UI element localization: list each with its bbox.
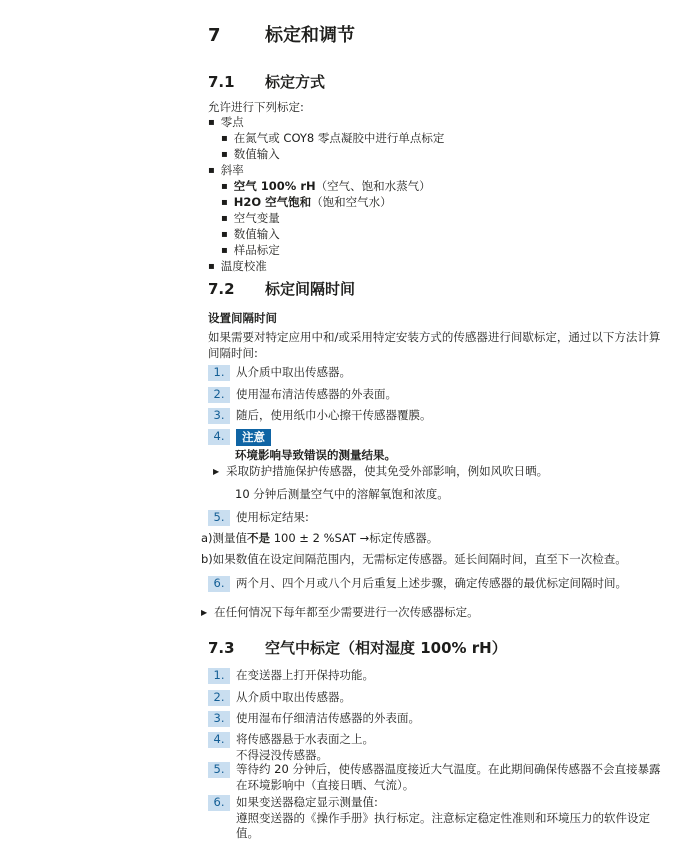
step-number-badge: 4.: [208, 429, 230, 445]
section-number: 7.3: [208, 640, 265, 657]
result-line-b: b)如果数值在设定间隔范围内，无需标定传感器。延长间隔时间，直至下一次检查。: [201, 552, 627, 567]
step-number-badge: 6.: [208, 576, 230, 592]
notice-action: 采取防护措施保护传感器，使其免受外部影响，例如风吹日晒。: [213, 464, 548, 480]
list-item: H2O 空气饱和（饱和空气水）: [221, 195, 444, 211]
step-row: 3.随后，使用纸巾小心擦干传感器覆膜。: [208, 408, 664, 424]
chapter-heading: 7标定和调节: [208, 26, 355, 46]
step-number-badge: 5.: [208, 510, 230, 526]
list-item: 数值输入: [221, 227, 444, 243]
section-7-1-intro: 允许进行下列标定:: [208, 100, 304, 115]
manual-page: 7标定和调节 7.1标定方式 允许进行下列标定: 零点 在氮气或 COY8 零点…: [0, 0, 687, 855]
step-number-badge: 5.: [208, 762, 230, 778]
step-number-badge: 2.: [208, 387, 230, 403]
bullet-icon: [221, 131, 234, 145]
step-text: 两个月、四个月或八个月后重复上述步骤，确定传感器的最优标定间隔时间。: [236, 576, 664, 592]
bullet-icon: [208, 259, 221, 273]
step-number-badge: 1.: [208, 668, 230, 684]
step-number-badge: 1.: [208, 365, 230, 381]
list-item: 样品标定: [221, 243, 444, 259]
step-number-badge: 6.: [208, 795, 230, 811]
notice-badge: 注意: [236, 429, 271, 446]
step-subtext: 不得浸没传感器。: [236, 748, 664, 764]
section-heading-7-2: 7.2标定间隔时间: [208, 281, 355, 298]
action-arrow-icon: [213, 464, 226, 478]
chapter-number: 7: [208, 26, 265, 46]
list-item: 空气 100% rH（空气、饱和水蒸气）: [221, 179, 444, 195]
list-item: 斜率: [208, 163, 444, 179]
bullet-icon: [221, 179, 234, 193]
subheading-set-interval: 设置间隔时间: [208, 311, 277, 326]
step-subtext: 遵照变送器的《操作手册》执行标定。注意标定稳定性准则和环境压力的软件设定值。: [236, 811, 664, 842]
bullet-icon: [221, 211, 234, 225]
step-text: 使用湿布清洁传感器的外表面。: [236, 387, 664, 403]
step-text: 随后，使用纸巾小心擦干传感器覆膜。: [236, 408, 664, 424]
section-title: 空气中标定（相对湿度 100% rH）: [265, 639, 507, 657]
step-row: 2.从介质中取出传感器。: [208, 690, 664, 706]
chapter-title: 标定和调节: [265, 25, 355, 46]
list-item: 在氮气或 COY8 零点凝胶中进行单点标定: [221, 131, 444, 147]
step-text: 如果变送器稳定显示测量值:遵照变送器的《操作手册》执行标定。注意标定稳定性准则和…: [236, 795, 664, 842]
after-notice-paragraph: 10 分钟后测量空气中的溶解氧饱和浓度。: [235, 487, 449, 502]
bullet-icon: [221, 195, 234, 209]
step-row: 5.使用标定结果:: [208, 510, 664, 526]
section-number: 7.2: [208, 281, 265, 298]
bullet-icon: [208, 115, 221, 129]
step-row: 1.从介质中取出传感器。: [208, 365, 664, 381]
section-title: 标定方式: [265, 73, 325, 91]
bullet-icon: [221, 227, 234, 241]
interval-paragraph: 如果需要对特定应用中和/或采用特定安装方式的传感器进行间歇标定，通过以下方法计算…: [208, 329, 664, 361]
list-item: 温度校准: [208, 259, 444, 275]
step-text: 从介质中取出传感器。: [236, 690, 664, 706]
section-heading-7-3: 7.3空气中标定（相对湿度 100% rH）: [208, 640, 507, 657]
step-row: 4.将传感器悬于水表面之上。不得浸没传感器。: [208, 732, 664, 763]
list-item: 空气变量: [221, 211, 444, 227]
bullet-icon: [208, 163, 221, 177]
step-row: 5.等待约 20 分钟后，使传感器温度接近大气温度。在此期间确保传感器不会直接暴…: [208, 762, 664, 793]
step-row: 3.使用湿布仔细清洁传感器的外表面。: [208, 711, 664, 727]
step-row: 1.在变送器上打开保持功能。: [208, 668, 664, 684]
step-text: 使用标定结果:: [236, 510, 664, 526]
notice-bold-text: 环境影响导致错误的测量结果。: [235, 448, 396, 463]
step-number-badge: 3.: [208, 408, 230, 424]
action-arrow-icon: [201, 605, 214, 619]
result-line-a: a)测量值不是 100 ± 2 %SAT →标定传感器。: [201, 531, 438, 546]
bullet-icon: [221, 243, 234, 257]
bullet-icon: [221, 147, 234, 161]
step-text: 使用湿布仔细清洁传感器的外表面。: [236, 711, 664, 727]
section-number: 7.1: [208, 74, 265, 91]
list-item: 零点: [208, 115, 444, 131]
step-text: 在变送器上打开保持功能。: [236, 668, 664, 684]
calibration-type-list: 零点 在氮气或 COY8 零点凝胶中进行单点标定 数值输入 斜率 空气 100%…: [208, 115, 444, 275]
step-row: 6.两个月、四个月或八个月后重复上述步骤，确定传感器的最优标定间隔时间。: [208, 576, 664, 592]
step-text: 等待约 20 分钟后，使传感器温度接近大气温度。在此期间确保传感器不会直接暴露在…: [236, 762, 664, 793]
step-number-badge: 4.: [208, 732, 230, 748]
step-number-badge: 2.: [208, 690, 230, 706]
section-heading-7-1: 7.1标定方式: [208, 74, 325, 91]
step-number-badge: 3.: [208, 711, 230, 727]
step-text: 将传感器悬于水表面之上。不得浸没传感器。: [236, 732, 664, 763]
section-title: 标定间隔时间: [265, 280, 355, 298]
final-note: 在任何情况下每年都至少需要进行一次传感器标定。: [201, 605, 479, 621]
step-row-notice: 4.注意: [208, 429, 271, 446]
list-item: 数值输入: [221, 147, 444, 163]
step-row: 6.如果变送器稳定显示测量值:遵照变送器的《操作手册》执行标定。注意标定稳定性准…: [208, 795, 664, 842]
step-row: 2.使用湿布清洁传感器的外表面。: [208, 387, 664, 403]
step-text: 从介质中取出传感器。: [236, 365, 664, 381]
